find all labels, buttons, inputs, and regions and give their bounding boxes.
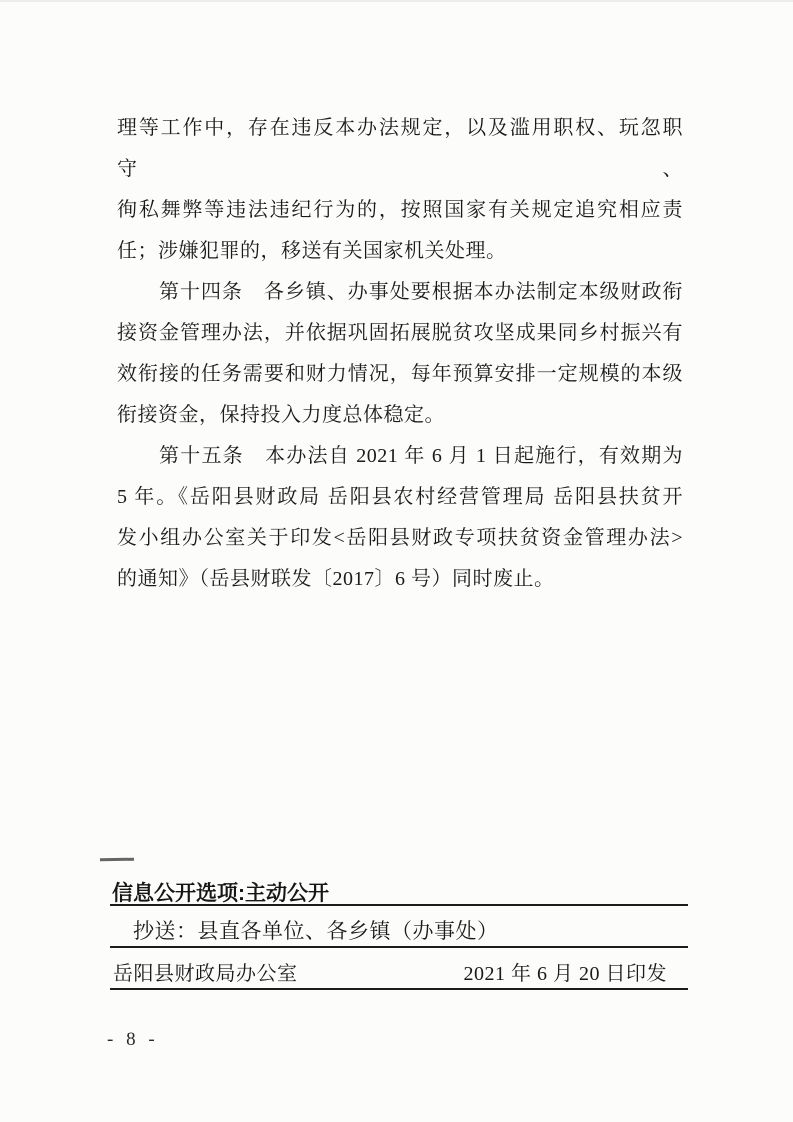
issuing-office: 岳阳县财政局办公室	[113, 957, 298, 986]
text-line: 任；涉嫌犯罪的，移送有关国家机关处理。	[117, 231, 683, 272]
text-line: 第十四条 各乡镇、办事处要根据本办法制定本级财政衔	[117, 272, 683, 313]
footer-divider-3	[110, 988, 688, 990]
body-paragraph-1: 理等工作中，存在违反本办法规定，以及滥用职权、玩忽职守、 徇私舞弊等违法违纪行为…	[117, 108, 683, 272]
print-date: 2021 年 6 月 20 日印发	[464, 957, 668, 986]
body-paragraph-2-article-14: 第十四条 各乡镇、办事处要根据本办法制定本级财政衔 接资金管理办法，并依据巩固拓…	[117, 272, 683, 436]
info-disclosure-label: 信息公开选项:主动公开	[112, 877, 329, 907]
footer-divider-2	[110, 946, 688, 948]
text-line: 5 年。《岳阳县财政局 岳阳县农村经营管理局 岳阳县扶贫开	[117, 477, 683, 518]
text-line: 发小组办公室关于印发<岳阳县财政专项扶贫资金管理办法>	[117, 518, 683, 559]
footer-divider-1	[110, 904, 688, 906]
text-line: 徇私舞弊等违法违纪行为的，按照国家有关规定追究相应责	[117, 190, 683, 231]
scan-streak-artifact	[100, 858, 134, 862]
text-line: 第十五条 本办法自 2021 年 6 月 1 日起施行，有效期为	[117, 436, 683, 477]
copy-to-line: 抄送：县直各单位、各乡镇（办事处）	[133, 915, 499, 945]
document-page: 理等工作中，存在违反本办法规定，以及滥用职权、玩忽职守、 徇私舞弊等违法违纪行为…	[0, 0, 793, 1122]
text-line: 衔接资金，保持投入力度总体稳定。	[117, 395, 683, 436]
text-line: 的通知》（岳县财联发〔2017〕6 号）同时废止。	[117, 559, 683, 600]
text-line: 接资金管理办法，并依据巩固拓展脱贫攻坚成果同乡村振兴有	[117, 313, 683, 354]
scan-edge-artifact	[0, 0, 793, 2]
page-number: - 8 -	[107, 1029, 159, 1051]
document-body: 理等工作中，存在违反本办法规定，以及滥用职权、玩忽职守、 徇私舞弊等违法违纪行为…	[117, 108, 683, 600]
body-paragraph-3-article-15: 第十五条 本办法自 2021 年 6 月 1 日起施行，有效期为 5 年。《岳阳…	[117, 436, 683, 600]
text-line: 效衔接的任务需要和财力情况，每年预算安排一定规模的本级	[117, 354, 683, 395]
text-line: 理等工作中，存在违反本办法规定，以及滥用职权、玩忽职守、	[117, 108, 683, 190]
issue-row: 岳阳县财政局办公室 2021 年 6 月 20 日印发	[113, 957, 667, 986]
